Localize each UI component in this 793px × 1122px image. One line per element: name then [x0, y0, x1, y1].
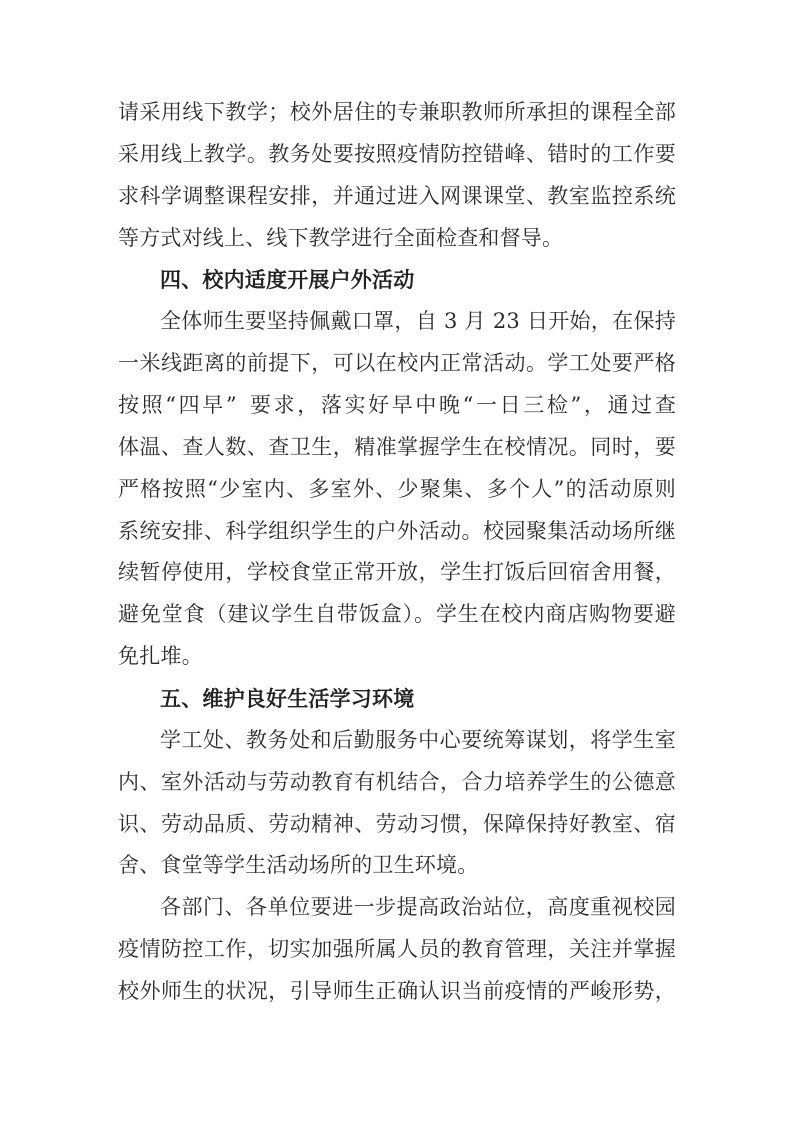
text-line: 避免堂食（建议学生自带饭盒）。学生在校内商店购物要避 — [118, 594, 676, 636]
text-line: 采用线上教学。教务处要按照疫情防控错峰、错时的工作要 — [118, 134, 676, 176]
text-line: 系统安排、科学组织学生的户外活动。校园聚集活动场所继 — [118, 511, 676, 553]
text-line: 按照“四早” 要求，落实好早中晚“一日三检”，通过查 — [118, 385, 676, 427]
text-line: 免扎堆。 — [118, 636, 676, 678]
text-line: 等方式对线上、线下教学进行全面检查和督导。 — [118, 218, 676, 260]
text-line: 请采用线下教学；校外居住的专兼职教师所承担的课程全部 — [118, 92, 676, 134]
text-line: 各部门、各单位要进一步提高政治站位，高度重视校园 — [118, 887, 676, 929]
text-line: 全体师生要坚持佩戴口罩，自 3 月 23 日开始，在保持 — [118, 301, 676, 343]
text-line: 内、室外活动与劳动教育有机结合，合力培养学生的公德意 — [118, 762, 676, 804]
text-line: 识、劳动品质、劳动精神、劳动习惯，保障保持好教室、宿 — [118, 804, 676, 846]
section-heading-5: 五、维护良好生活学习环境 — [118, 678, 676, 720]
text-line: 一米线距离的前提下，可以在校内正常活动。学工处要严格 — [118, 343, 676, 385]
section-heading-4: 四、校内适度开展户外活动 — [118, 259, 676, 301]
text-line: 舍、食堂等学生活动场所的卫生环境。 — [118, 845, 676, 887]
document-page: 请采用线下教学；校外居住的专兼职教师所承担的课程全部 采用线上教学。教务处要按照… — [0, 0, 793, 1122]
text-line: 求科学调整课程安排，并通过进入网课课堂、教室监控系统 — [118, 176, 676, 218]
text-line: 续暂停使用，学校食堂正常开放，学生打饭后回宿舍用餐， — [118, 552, 676, 594]
text-line: 严格按照“少室内、多室外、少聚集、多个人”的活动原则 — [118, 469, 676, 511]
document-body: 请采用线下教学；校外居住的专兼职教师所承担的课程全部 采用线上教学。教务处要按照… — [118, 92, 676, 1013]
text-line: 体温、查人数、查卫生，精准掌握学生在校情况。同时，要 — [118, 427, 676, 469]
text-line: 校外师生的状况，引导师生正确认识当前疫情的严峻形势， — [118, 971, 676, 1013]
text-line: 疫情防控工作，切实加强所属人员的教育管理，关注并掌握 — [118, 929, 676, 971]
text-line: 学工处、教务处和后勤服务中心要统筹谋划，将学生室 — [118, 720, 676, 762]
